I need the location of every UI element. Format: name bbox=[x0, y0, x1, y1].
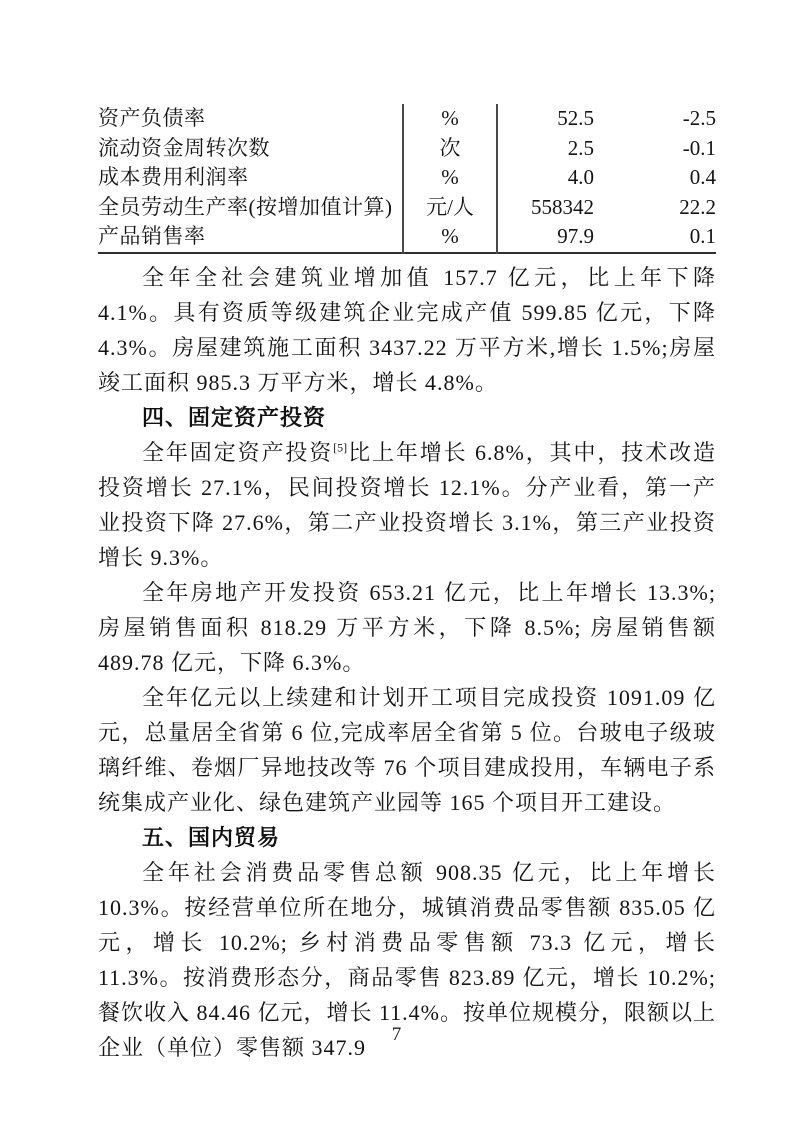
table-row: 全员劳动生产率(按增加值计算) 元/人 558342 22.2 bbox=[98, 193, 716, 223]
table-row: 成本费用利润率 % 4.0 0.4 bbox=[98, 163, 716, 193]
paragraph-fixed-investment-prefix: 全年固定资产投资 bbox=[142, 440, 333, 465]
indicator-unit: % bbox=[403, 104, 497, 134]
indicator-name: 资产负债率 bbox=[98, 104, 403, 134]
indicator-name: 产品销售率 bbox=[98, 222, 403, 253]
indicator-name: 全员劳动生产率(按增加值计算) bbox=[98, 193, 403, 223]
paragraph-major-projects: 全年亿元以上续建和计划开工项目完成投资 1091.09 亿元，总量居全省第 6 … bbox=[98, 680, 716, 820]
indicator-unit: 次 bbox=[403, 134, 497, 164]
economic-indicators-table: 资产负债率 % 52.5 -2.5 流动资金周转次数 次 2.5 -0.1 成本… bbox=[98, 104, 716, 254]
indicator-unit: % bbox=[403, 222, 497, 253]
footnote-ref-5: [5] bbox=[333, 441, 347, 455]
indicator-name: 成本费用利润率 bbox=[98, 163, 403, 193]
indicator-change: -2.5 bbox=[594, 104, 716, 134]
paragraph-construction: 全年全社会建筑业增加值 157.7 亿元，比上年下降 4.1%。具有资质等级建筑… bbox=[98, 260, 716, 400]
table-row: 资产负债率 % 52.5 -2.5 bbox=[98, 104, 716, 134]
document-page: 资产负债率 % 52.5 -2.5 流动资金周转次数 次 2.5 -0.1 成本… bbox=[0, 0, 793, 1122]
table-row: 流动资金周转次数 次 2.5 -0.1 bbox=[98, 134, 716, 164]
section-heading-5: 五、国内贸易 bbox=[98, 820, 716, 855]
indicator-unit: % bbox=[403, 163, 497, 193]
indicator-change: -0.1 bbox=[594, 134, 716, 164]
indicator-change: 0.4 bbox=[594, 163, 716, 193]
indicator-value: 52.5 bbox=[497, 104, 594, 134]
table-row: 产品销售率 % 97.9 0.1 bbox=[98, 222, 716, 253]
indicator-unit: 元/人 bbox=[403, 193, 497, 223]
page-content: 资产负债率 % 52.5 -2.5 流动资金周转次数 次 2.5 -0.1 成本… bbox=[98, 104, 716, 1065]
paragraph-fixed-investment: 全年固定资产投资[5]比上年增长 6.8%，其中，技术改造投资增长 27.1%，… bbox=[98, 435, 716, 575]
indicator-value: 558342 bbox=[497, 193, 594, 223]
indicator-change: 0.1 bbox=[594, 222, 716, 253]
page-number: 7 bbox=[0, 1024, 793, 1046]
body-text: 全年全社会建筑业增加值 157.7 亿元，比上年下降 4.1%。具有资质等级建筑… bbox=[98, 260, 716, 1065]
indicator-change: 22.2 bbox=[594, 193, 716, 223]
indicator-value: 97.9 bbox=[497, 222, 594, 253]
indicator-value: 4.0 bbox=[497, 163, 594, 193]
indicator-value: 2.5 bbox=[497, 134, 594, 164]
section-heading-4: 四、固定资产投资 bbox=[98, 400, 716, 435]
indicator-name: 流动资金周转次数 bbox=[98, 134, 403, 164]
paragraph-real-estate: 全年房地产开发投资 653.21 亿元，比上年增长 13.3%; 房屋销售面积 … bbox=[98, 575, 716, 680]
